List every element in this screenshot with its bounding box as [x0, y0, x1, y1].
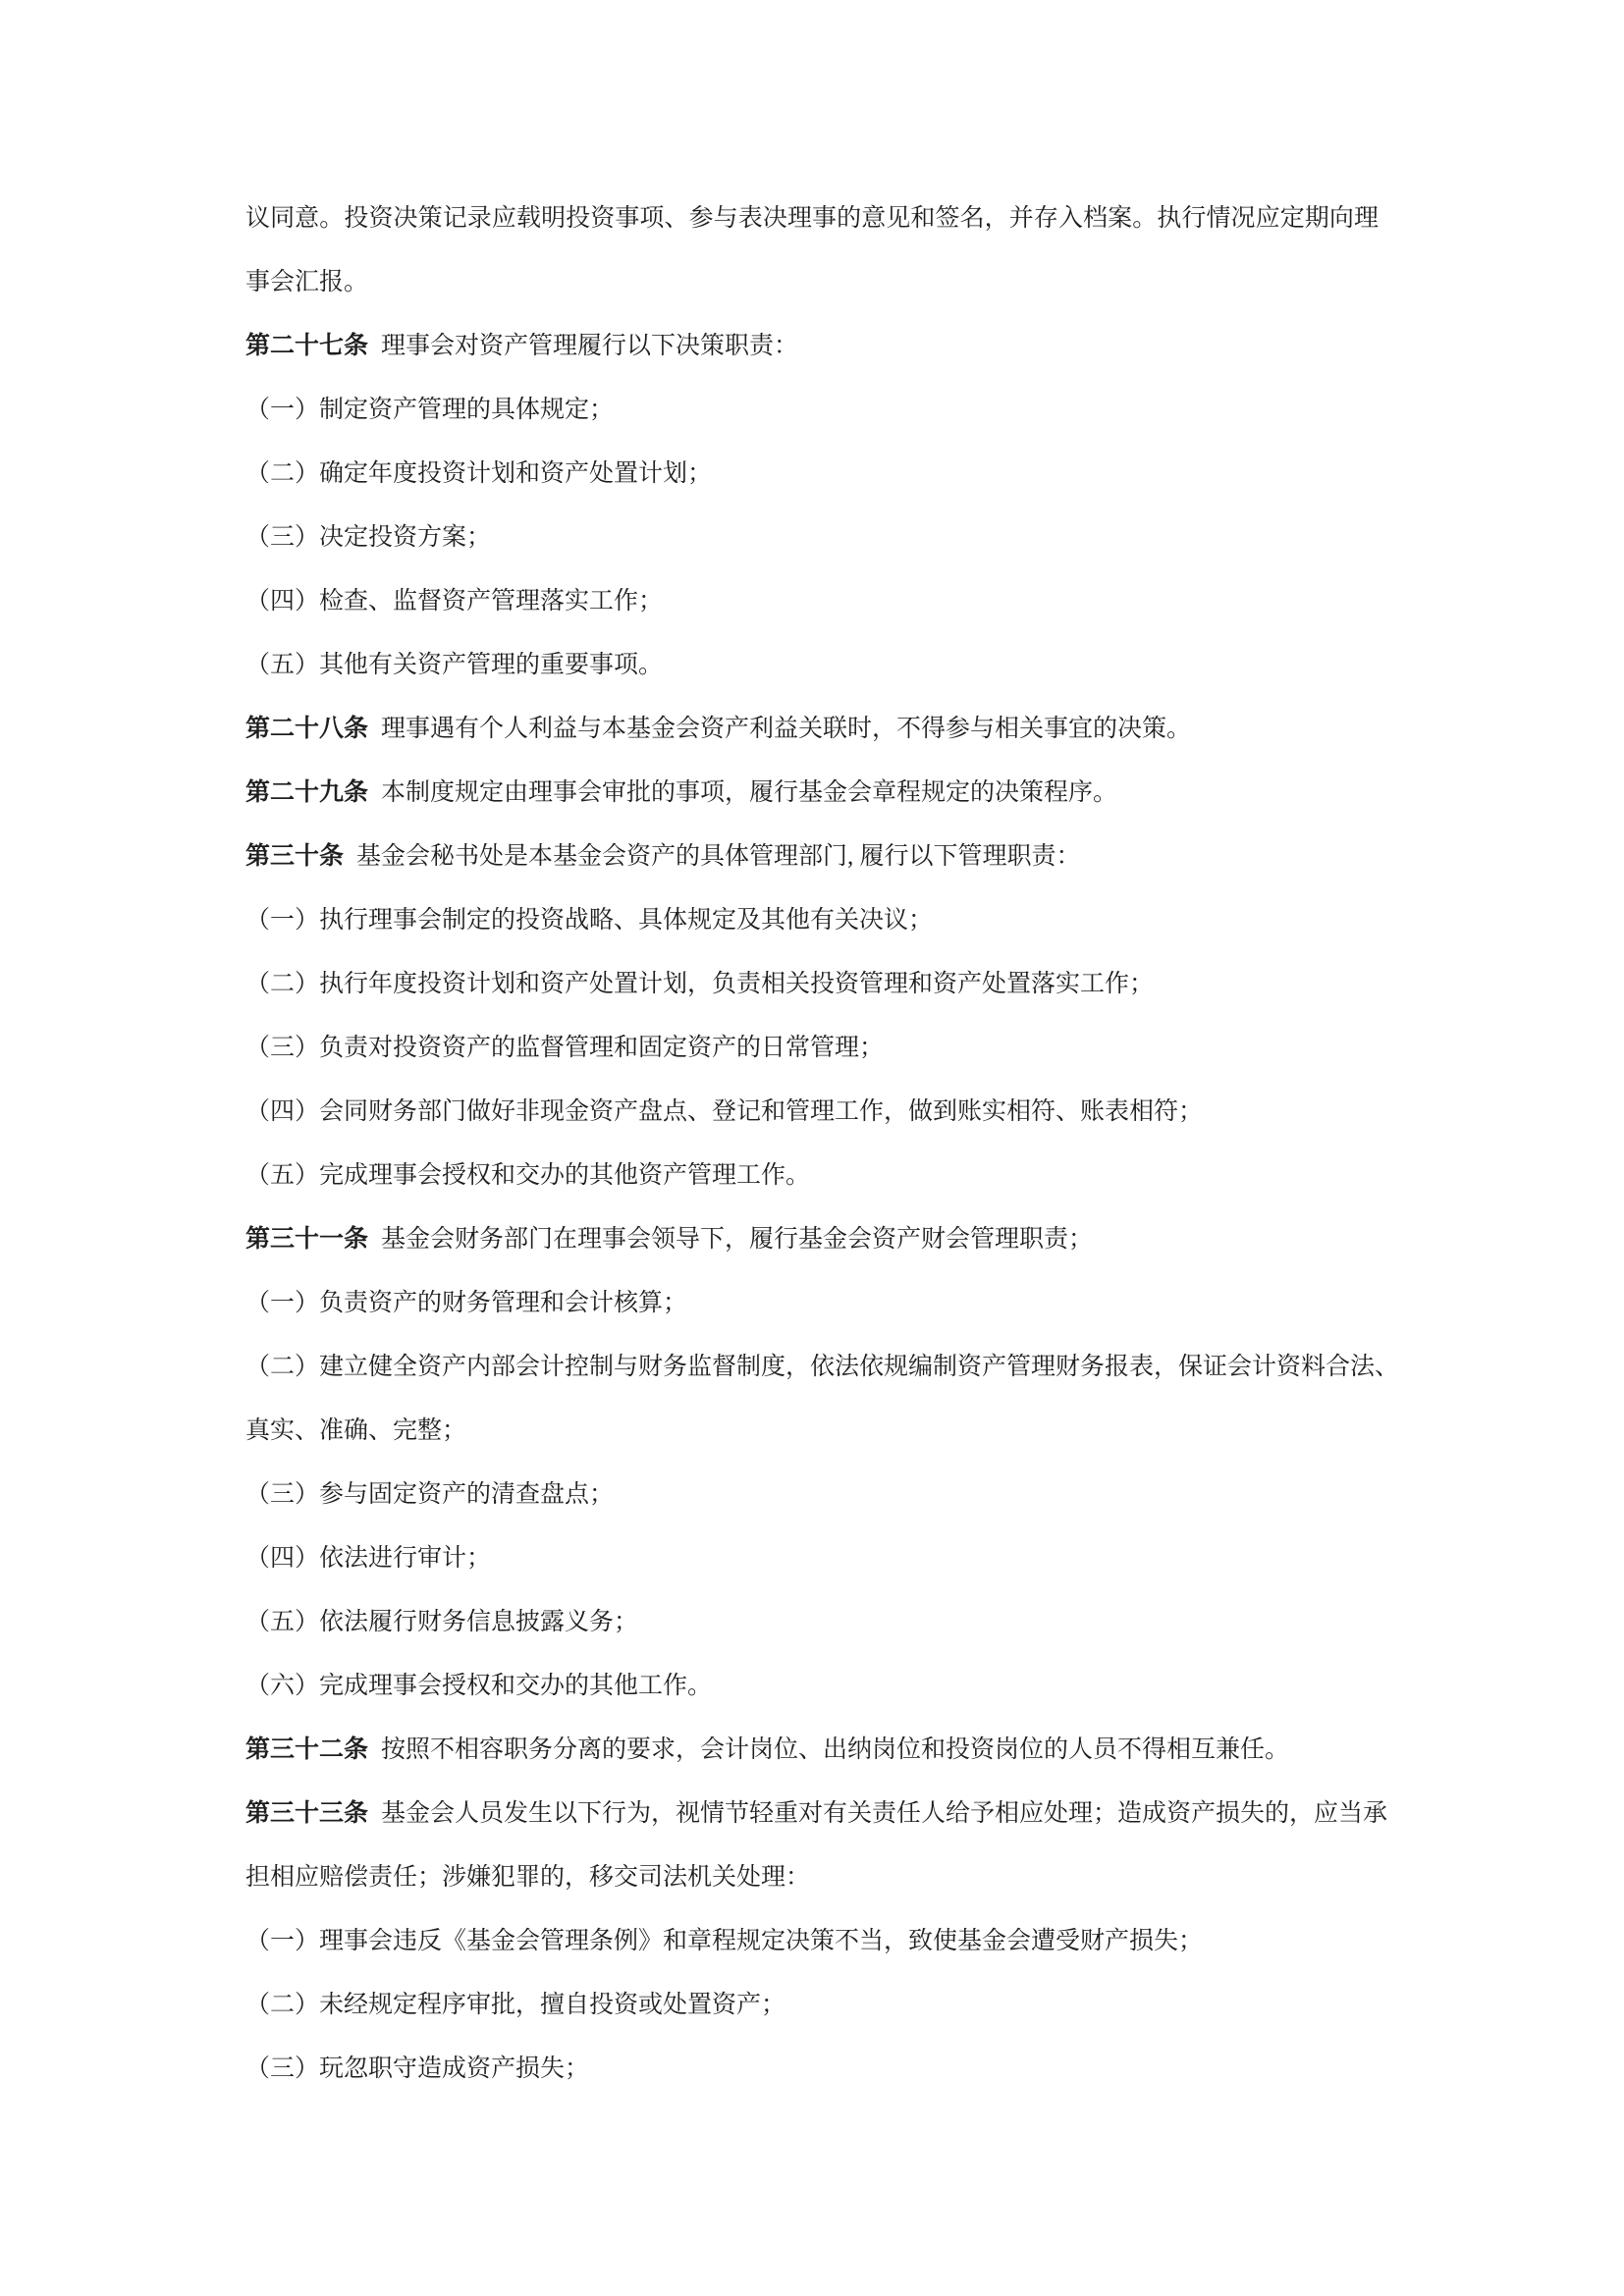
paragraph-line: （二）未经规定程序审批，擅自投资或处置资产； [245, 1973, 1379, 2037]
line-text: （一）制定资产管理的具体规定； [245, 397, 614, 423]
paragraph-line: 第三十一条基金会财务部门在理事会领导下，履行基金会资产财会管理职责； [245, 1207, 1379, 1271]
article-number: 第三十三条 [245, 1800, 368, 1827]
paragraph-line: （三）参与固定资产的清查盘点； [245, 1463, 1379, 1526]
line-text: 基金会秘书处是本基金会资产的具体管理部门, 履行以下管理职责： [356, 843, 1081, 870]
line-text: 基金会财务部门在理事会领导下，履行基金会资产财会管理职责； [381, 1226, 1093, 1253]
article-number: 第三十二条 [245, 1736, 368, 1763]
paragraph-line: （一）制定资产管理的具体规定； [245, 378, 1379, 442]
line-text: 按照不相容职务分离的要求，会计岗位、出纳岗位和投资岗位的人员不得相互兼任。 [381, 1736, 1289, 1763]
article-number: 第三十一条 [245, 1226, 368, 1253]
paragraph-line: （二）执行年度投资计划和资产处置计划，负责相关投资管理和资产处置落实工作； [245, 952, 1379, 1016]
line-text: （四）检查、监督资产管理落实工作； [245, 588, 663, 614]
line-text: （五）依法履行财务信息披露义务； [245, 1609, 638, 1635]
line-text: （五）完成理事会授权和交办的其他资产管理工作。 [245, 1162, 810, 1189]
article-number: 第二十八条 [245, 716, 368, 742]
paragraph-line: 真实、准确、完整； [245, 1399, 1379, 1463]
paragraph-line: （一）理事会违反《基金会管理条例》和章程规定决策不当，致使基金会遭受财产损失； [245, 1909, 1379, 1973]
line-text: （二）未经规定程序审批，擅自投资或处置资产； [245, 1992, 785, 2018]
paragraph-line: （五）依法履行财务信息披露义务； [245, 1590, 1379, 1654]
document-body: 议同意。投资决策记录应载明投资事项、参与表决理事的意见和签名，并存入档案。执行情… [245, 187, 1379, 2101]
line-text: 真实、准确、完整； [245, 1417, 466, 1444]
paragraph-line: 事会汇报。 [245, 250, 1379, 314]
line-text: （二）执行年度投资计划和资产处置计划，负责相关投资管理和资产处置落实工作； [245, 971, 1154, 997]
line-text: （三）决定投资方案； [245, 524, 491, 551]
line-text: （四）依法进行审计； [245, 1545, 491, 1572]
article-number: 第二十九条 [245, 779, 368, 806]
paragraph-line: （三）玩忽职守造成资产损失； [245, 2037, 1379, 2101]
paragraph-line: （二）确定年度投资计划和资产处置计划； [245, 442, 1379, 506]
paragraph-line: 第二十七条理事会对资产管理履行以下决策职责： [245, 314, 1379, 378]
line-text: （二）建立健全资产内部会计控制与财务监督制度，依法依规编制资产管理财务报表，保证… [245, 1354, 1399, 1380]
paragraph-line: 第二十九条本制度规定由理事会审批的事项，履行基金会章程规定的决策程序。 [245, 761, 1379, 825]
line-text: （五）其他有关资产管理的重要事项。 [245, 652, 663, 678]
paragraph-line: 担相应赔偿责任；涉嫌犯罪的，移交司法机关处理： [245, 1845, 1379, 1909]
paragraph-line: 议同意。投资决策记录应载明投资事项、参与表决理事的意见和签名，并存入档案。执行情… [245, 187, 1379, 250]
paragraph-line: （三）决定投资方案； [245, 506, 1379, 569]
line-text: 议同意。投资决策记录应载明投资事项、参与表决理事的意见和签名，并存入档案。执行情… [245, 205, 1379, 232]
line-text: （六）完成理事会授权和交办的其他工作。 [245, 1673, 712, 1699]
paragraph-line: 第三十条基金会秘书处是本基金会资产的具体管理部门, 履行以下管理职责： [245, 825, 1379, 888]
paragraph-line: （五）其他有关资产管理的重要事项。 [245, 633, 1379, 697]
paragraph-line: （六）完成理事会授权和交办的其他工作。 [245, 1654, 1379, 1718]
paragraph-line: 第三十三条基金会人员发生以下行为，视情节轻重对有关责任人给予相应处理；造成资产损… [245, 1782, 1379, 1845]
line-text: （三）负责对投资资产的监督管理和固定资产的日常管理； [245, 1035, 884, 1061]
paragraph-line: （四）依法进行审计； [245, 1526, 1379, 1590]
line-text: （三）玩忽职守造成资产损失； [245, 2056, 589, 2082]
line-text: 本制度规定由理事会审批的事项，履行基金会章程规定的决策程序。 [381, 779, 1117, 806]
line-text: （三）参与固定资产的清查盘点； [245, 1481, 614, 1508]
line-text: （二）确定年度投资计划和资产处置计划； [245, 460, 712, 487]
paragraph-line: （四）检查、监督资产管理落实工作； [245, 569, 1379, 633]
line-text: 基金会人员发生以下行为，视情节轻重对有关责任人给予相应处理；造成资产损失的，应当… [381, 1800, 1387, 1827]
line-text: （四）会同财务部门做好非现金资产盘点、登记和管理工作，做到账实相符、账表相符； [245, 1098, 1203, 1125]
line-text: （一）负责资产的财务管理和会计核算； [245, 1290, 687, 1316]
paragraph-line: 第三十二条按照不相容职务分离的要求，会计岗位、出纳岗位和投资岗位的人员不得相互兼… [245, 1718, 1379, 1782]
paragraph-line: 第二十八条理事遇有个人利益与本基金会资产利益关联时，不得参与相关事宜的决策。 [245, 697, 1379, 761]
line-text: 理事会对资产管理履行以下决策职责： [381, 333, 798, 359]
paragraph-line: （三）负责对投资资产的监督管理和固定资产的日常管理； [245, 1016, 1379, 1080]
paragraph-line: （二）建立健全资产内部会计控制与财务监督制度，依法依规编制资产管理财务报表，保证… [245, 1335, 1379, 1399]
document-page: 议同意。投资决策记录应载明投资事项、参与表决理事的意见和签名，并存入档案。执行情… [0, 0, 1624, 2296]
paragraph-line: （一）执行理事会制定的投资战略、具体规定及其他有关决议； [245, 888, 1379, 952]
line-text: （一）执行理事会制定的投资战略、具体规定及其他有关决议； [245, 907, 933, 934]
line-text: （一）理事会违反《基金会管理条例》和章程规定决策不当，致使基金会遭受财产损失； [245, 1928, 1203, 1954]
article-number: 第二十七条 [245, 333, 368, 359]
line-text: 理事遇有个人利益与本基金会资产利益关联时，不得参与相关事宜的决策。 [381, 716, 1191, 742]
paragraph-line: （五）完成理事会授权和交办的其他资产管理工作。 [245, 1144, 1379, 1207]
paragraph-line: （一）负责资产的财务管理和会计核算； [245, 1271, 1379, 1335]
line-text: 事会汇报。 [245, 269, 368, 295]
paragraph-line: （四）会同财务部门做好非现金资产盘点、登记和管理工作，做到账实相符、账表相符； [245, 1080, 1379, 1144]
line-text: 担相应赔偿责任；涉嫌犯罪的，移交司法机关处理： [245, 1864, 810, 1891]
article-number: 第三十条 [245, 843, 344, 870]
